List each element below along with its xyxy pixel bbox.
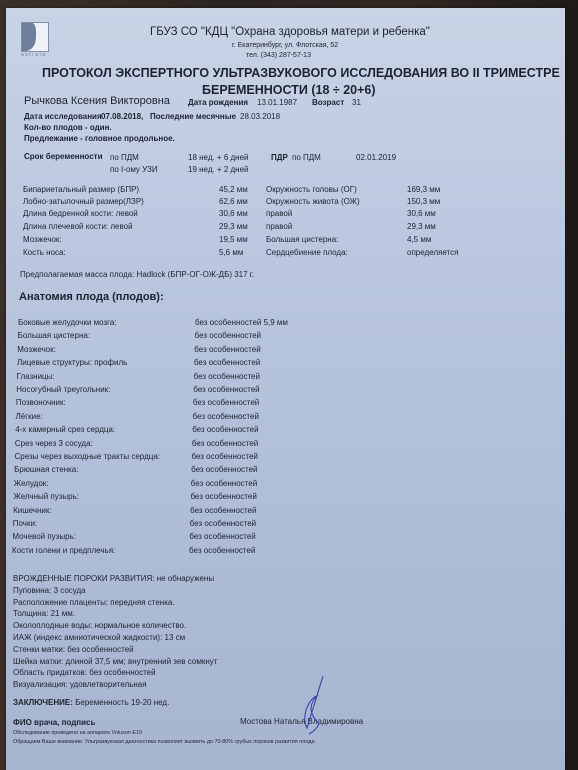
exam-date-label: Дата исследования bbox=[24, 112, 102, 121]
finding-line: Расположение плаценты: передняя стенка. bbox=[13, 598, 175, 607]
logo-icon bbox=[21, 22, 49, 52]
biometry-r-label: Окружность головы (ОГ) bbox=[266, 185, 357, 194]
anatomy-item-label: Лицевые структуры: профиль bbox=[17, 358, 127, 367]
anatomy-item-value: без особенностей bbox=[189, 546, 255, 555]
lmp-value: 28.03.2018 bbox=[240, 112, 280, 121]
biometry-l-label: Лобно-затылочный размер(ЛЗР) bbox=[23, 197, 144, 206]
biometry-r-label: правой bbox=[266, 222, 292, 231]
anatomy-item-value: без особенностей bbox=[193, 412, 259, 421]
anatomy-item-value: без особенностей bbox=[192, 425, 258, 434]
conclusion-text: Беременность 19-20 нед. bbox=[75, 698, 169, 707]
anatomy-item-label: Желудок: bbox=[14, 479, 49, 488]
fetus-count: Кол-во плодов - один. bbox=[24, 123, 112, 132]
anatomy-item-value: без особенностей bbox=[195, 331, 261, 340]
anatomy-item-value: без особенностей bbox=[194, 358, 260, 367]
anatomy-item-label: Срез через 3 сосуда: bbox=[15, 439, 93, 448]
finding-line: Шейка матки: длиной 37,5 мм; внутренний … bbox=[13, 657, 217, 666]
age-label: Возраст bbox=[312, 98, 344, 107]
anatomy-item-value: без особенностей bbox=[192, 452, 258, 461]
anatomy-item-label: Глазницы: bbox=[17, 372, 55, 381]
anatomy-item-value: без особенностей bbox=[191, 479, 257, 488]
biometry-l-label: Бипариетальный размер (БПР) bbox=[23, 185, 139, 194]
anatomy-item-label: Боковые желудочки мозга: bbox=[18, 318, 117, 327]
anatomy-item-value: без особенностей bbox=[193, 398, 259, 407]
finding-line: Стенки матки: без особенностей bbox=[13, 645, 134, 654]
biometry-l-label: Мозжечок: bbox=[23, 235, 62, 244]
biometry-l-label: Длина плечевой кости: левой bbox=[23, 222, 133, 231]
anatomy-item-label: Лёгкие: bbox=[16, 412, 43, 421]
biometry-l-label: Длина бедренной кости: левой bbox=[23, 209, 138, 218]
presentation: Предлежание - головное продольное. bbox=[24, 134, 175, 143]
biometry-r-label: Окружность живота (ОЖ) bbox=[266, 197, 360, 206]
term-lmp-value: 18 нед. + 6 дней bbox=[188, 153, 249, 162]
logo-text: astraia bbox=[21, 52, 47, 58]
doctor-label: ФИО врача, подпись bbox=[13, 718, 95, 727]
term-lmp-label: по ПДМ bbox=[110, 153, 139, 162]
anatomy-item-value: без особенностей 5,9 мм bbox=[195, 318, 288, 327]
conclusion: ЗАКЛЮЧЕНИЕ: Беременность 19-20 нед. bbox=[13, 698, 169, 707]
biometry-l-label: Кость носа: bbox=[23, 248, 66, 257]
anatomy-heading: Анатомия плода (плодов): bbox=[19, 291, 164, 303]
anatomy-item-label: Позвоночник: bbox=[16, 398, 66, 407]
anatomy-item-value: без особенностей bbox=[194, 372, 260, 381]
anatomy-item-value: без особенностей bbox=[193, 385, 259, 394]
finding-line: Толщина: 21 мм. bbox=[13, 609, 75, 618]
age-value: 31 bbox=[352, 98, 361, 107]
finding-line: ИАЖ (индекс амниотической жидкости): 13 … bbox=[13, 633, 185, 642]
estimated-weight: Предполагаемая масса плода: Hadlock (БПР… bbox=[20, 270, 254, 279]
device-note: Обследование проведено на аппарате Volus… bbox=[13, 730, 142, 736]
exam-date-value: 07.08.2018, bbox=[101, 112, 143, 121]
anatomy-item-label: Кости голени и предплечья: bbox=[12, 546, 115, 555]
anatomy-item-value: без особенностей bbox=[194, 345, 260, 354]
biometry-r-label: Большая цистерна: bbox=[266, 235, 338, 244]
dob-value: 13.01.1987 bbox=[257, 98, 297, 107]
anatomy-item-label: 4-х камерный срез сердца: bbox=[15, 425, 115, 434]
anatomy-item-label: Брюшная стенка: bbox=[14, 465, 78, 474]
term-label: Срок беременности bbox=[24, 152, 103, 161]
finding-line: ВРОЖДЕННЫЕ ПОРОКИ РАЗВИТИЯ: не обнаружен… bbox=[13, 574, 214, 583]
anatomy-item-label: Носогубный треугольник: bbox=[16, 385, 110, 394]
biometry-l-value: 45,2 мм bbox=[219, 185, 248, 194]
title-line1: ПРОТОКОЛ ЭКСПЕРТНОГО УЛЬТРАЗВУКОВОГО ИСС… bbox=[42, 66, 560, 80]
biometry-r-label: Сердцебиение плода: bbox=[266, 248, 348, 257]
anatomy-item-label: Мозжечок: bbox=[17, 345, 56, 354]
biometry-r-value: определяется bbox=[407, 248, 458, 257]
anatomy-item-value: без особенностей bbox=[192, 439, 258, 448]
patient-name: Рычкова Ксения Викторовна bbox=[24, 95, 170, 107]
finding-line: Пуповина: 3 сосуда bbox=[13, 586, 86, 595]
edd-by-label: по ПДМ bbox=[292, 153, 321, 162]
anatomy-item-value: без особенностей bbox=[190, 519, 256, 528]
biometry-l-value: 29,3 мм bbox=[219, 222, 248, 231]
biometry-r-value: 29,3 мм bbox=[407, 222, 436, 231]
biometry-l-value: 62,6 мм bbox=[219, 197, 248, 206]
finding-line: Околоплодные воды: нормальное количество… bbox=[13, 621, 186, 630]
finding-line: Область придатков: без особенностей bbox=[13, 668, 156, 677]
biometry-r-label: правой bbox=[266, 209, 292, 218]
biometry-l-value: 5,6 мм bbox=[219, 248, 243, 257]
anatomy-item-value: без особенностей bbox=[190, 492, 256, 501]
lmp-label: Последние месячные bbox=[150, 112, 236, 121]
edd-label: ПДР bbox=[271, 153, 288, 162]
doctor-signature bbox=[295, 676, 335, 746]
edd-value: 02.01.2019 bbox=[356, 153, 396, 162]
org-address: г. Екатеринбург, ул. Флотская, 52 bbox=[232, 42, 338, 49]
org-phone: тел. (343) 287-57-13 bbox=[246, 52, 311, 59]
anatomy-item-value: без особенностей bbox=[191, 465, 257, 474]
anatomy-item-label: Кишечник: bbox=[13, 506, 52, 515]
anatomy-item-value: без особенностей bbox=[189, 532, 255, 541]
biometry-r-value: 4,5 мм bbox=[407, 235, 431, 244]
anatomy-item-label: Срезы через выходные тракты сердца: bbox=[15, 452, 161, 461]
biometry-r-value: 169,3 мм bbox=[407, 185, 440, 194]
term-us-label: по I-ому УЗИ bbox=[110, 165, 158, 174]
finding-line: Визуализация: удовлетворительная bbox=[13, 680, 147, 689]
anatomy-item-label: Большая цистерна: bbox=[18, 331, 90, 340]
conclusion-label: ЗАКЛЮЧЕНИЕ: bbox=[13, 698, 73, 707]
dob-label: Дата рождения bbox=[188, 98, 248, 107]
anatomy-item-label: Желчный пузырь: bbox=[13, 492, 79, 501]
org-name: ГБУЗ СО "КДЦ "Охрана здоровья матери и р… bbox=[150, 26, 430, 38]
biometry-r-value: 150,3 мм bbox=[407, 197, 440, 206]
anatomy-item-label: Почки: bbox=[13, 519, 37, 528]
anatomy-item-label: Мочевой пузырь: bbox=[12, 532, 76, 541]
anatomy-item-value: без особенностей bbox=[190, 506, 256, 515]
biometry-l-value: 30,6 мм bbox=[219, 209, 248, 218]
biometry-r-value: 30,6 мм bbox=[407, 209, 436, 218]
biometry-l-value: 19,5 мм bbox=[219, 235, 248, 244]
title-line2: БЕРЕМЕННОСТИ (18 ÷ 20+6) bbox=[202, 83, 376, 97]
disclaimer: Обращаем Ваше внимание: Ультразвуковая д… bbox=[13, 739, 316, 745]
term-us-value: 19 нед. + 2 дней bbox=[188, 165, 249, 174]
